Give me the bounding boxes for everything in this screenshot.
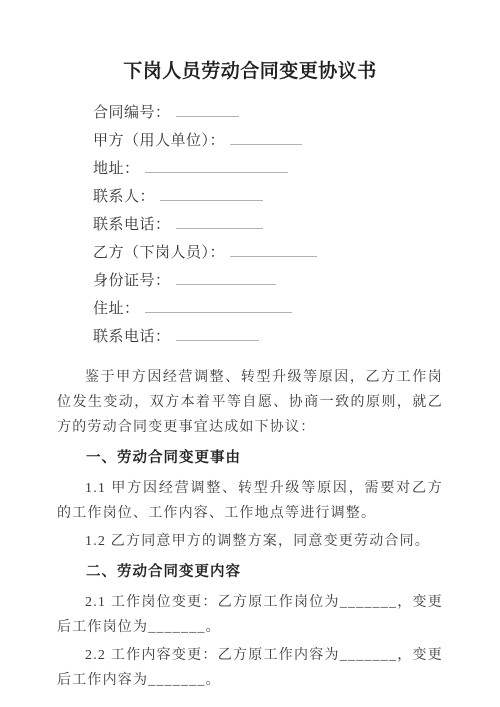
fill-in-line (230, 243, 317, 257)
fill-in-line (176, 271, 276, 285)
field-residence: 住址： (93, 297, 443, 325)
field-id-number: 身份证号： (93, 269, 443, 297)
field-label: 住址： (93, 301, 140, 317)
fill-in-line (176, 103, 239, 117)
field-label: 联系电话： (93, 329, 171, 345)
body-section: 鉴于甲方因经营调整、转型升级等原因，乙方工作岗位发生变动，双方本着平等自愿、协商… (57, 365, 443, 693)
field-label: 联系人： (93, 189, 155, 205)
field-label: 乙方（下岗人员）： (93, 245, 225, 261)
document-title: 下岗人员劳动合同变更协议书 (57, 60, 443, 84)
field-contract-number: 合同编号： (93, 101, 443, 129)
fill-in-line (176, 215, 263, 229)
field-label: 地址： (93, 161, 140, 177)
heading-article-2: 二、劳动合同变更内容 (57, 560, 443, 585)
field-contact-person: 联系人： (93, 185, 443, 213)
fill-in-line (145, 159, 288, 173)
field-label: 合同编号： (93, 105, 171, 121)
fill-in-line (230, 131, 302, 145)
fill-in-line (160, 187, 263, 201)
field-contact-phone-2: 联系电话： (93, 325, 443, 353)
clause-1-2: 1.2 乙方同意甲方的调整方案，同意变更劳动合同。 (57, 529, 443, 554)
field-party-a-employer: 甲方（用人单位）： (93, 129, 443, 157)
field-label: 身份证号： (93, 273, 171, 289)
clause-2-1: 2.1 工作岗位变更：乙方原工作岗位为_______，变更后工作岗位为_____… (57, 590, 443, 640)
field-label: 联系电话： (93, 217, 171, 233)
paragraph-preamble: 鉴于甲方因经营调整、转型升级等原因，乙方工作岗位发生变动，双方本着平等自愿、协商… (57, 365, 443, 440)
clause-2-2: 2.2 工作内容变更：乙方原工作内容为_______，变更后工作内容为_____… (57, 643, 443, 693)
clause-1-1: 1.1 甲方因经营调整、转型升级等原因，需要对乙方的工作岗位、工作内容、工作地点… (57, 476, 443, 526)
contract-document-page: 下岗人员劳动合同变更协议书 合同编号： 甲方（用人单位）： 地址： 联系人： 联… (0, 0, 500, 707)
header-fields-section: 合同编号： 甲方（用人单位）： 地址： 联系人： 联系电话： 乙方（下岗人员）：… (93, 101, 443, 353)
field-label: 甲方（用人单位）： (93, 133, 225, 149)
field-address: 地址： (93, 157, 443, 185)
fill-in-line (145, 299, 292, 313)
field-contact-phone: 联系电话： (93, 213, 443, 241)
fill-in-line (176, 327, 259, 341)
field-party-b-laid-off-person: 乙方（下岗人员）： (93, 241, 443, 269)
heading-article-1: 一、劳动合同变更事由 (57, 446, 443, 471)
